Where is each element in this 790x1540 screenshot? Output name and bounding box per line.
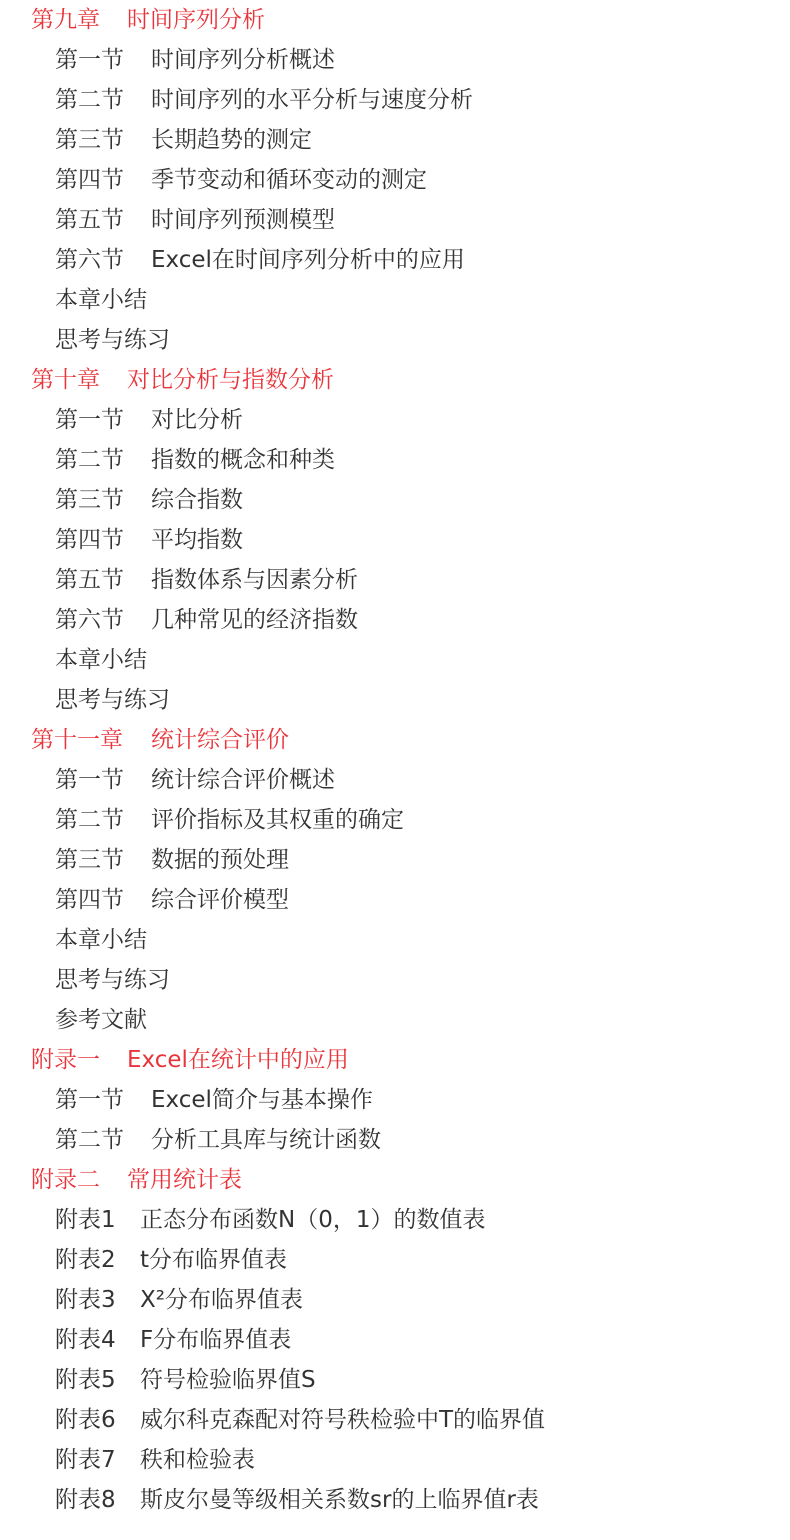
toc-section[interactable]: 第五节时间序列预测模型 xyxy=(0,200,790,240)
appendix-number: 附录一 xyxy=(31,1040,127,1080)
chapter-title: 时间序列分析 xyxy=(127,0,265,40)
toc-table-entry[interactable]: 附表4F分布临界值表 xyxy=(0,1320,790,1360)
section-number: 第二节 xyxy=(55,800,151,840)
table-title: 斯皮尔曼等级相关系数sr的上临界值r表 xyxy=(140,1480,539,1520)
table-title: 威尔科克森配对符号秩检验中T的临界值 xyxy=(140,1400,545,1440)
section-title: 时间序列的水平分析与速度分析 xyxy=(151,80,473,120)
toc-section[interactable]: 第二节评价指标及其权重的确定 xyxy=(0,800,790,840)
section-title: 本章小结 xyxy=(55,920,147,960)
table-title: 秩和检验表 xyxy=(140,1440,255,1480)
section-title: 统计综合评价概述 xyxy=(151,760,335,800)
appendix-number: 附录二 xyxy=(31,1160,127,1200)
section-title: 平均指数 xyxy=(151,520,243,560)
toc-section[interactable]: 第四节季节变动和循环变动的测定 xyxy=(0,160,790,200)
section-number: 第三节 xyxy=(55,840,151,880)
table-number: 附表4 xyxy=(55,1320,140,1360)
toc-summary[interactable]: 本章小结 xyxy=(0,920,790,960)
toc-section[interactable]: 第四节综合评价模型 xyxy=(0,880,790,920)
toc-exercises[interactable]: 思考与练习 xyxy=(0,320,790,360)
table-title: F分布临界值表 xyxy=(140,1320,291,1360)
section-title: 综合指数 xyxy=(151,480,243,520)
section-number: 第三节 xyxy=(55,120,151,160)
toc-section[interactable]: 第一节对比分析 xyxy=(0,400,790,440)
table-number: 附表1 xyxy=(55,1200,140,1240)
section-number: 第三节 xyxy=(55,480,151,520)
toc-summary[interactable]: 本章小结 xyxy=(0,640,790,680)
chapter-number: 第九章 xyxy=(31,0,127,40)
table-number: 附表2 xyxy=(55,1240,140,1280)
section-title: Excel简介与基本操作 xyxy=(151,1080,373,1120)
section-title: 季节变动和循环变动的测定 xyxy=(151,160,427,200)
table-number: 附表3 xyxy=(55,1280,140,1320)
toc-section[interactable]: 第一节Excel简介与基本操作 xyxy=(0,1080,790,1120)
section-number: 第六节 xyxy=(55,240,151,280)
section-number: 第一节 xyxy=(55,40,151,80)
toc-section[interactable]: 第六节Excel在时间序列分析中的应用 xyxy=(0,240,790,280)
section-title: 指数的概念和种类 xyxy=(151,440,335,480)
table-number: 附表7 xyxy=(55,1440,140,1480)
section-title: 时间序列预测模型 xyxy=(151,200,335,240)
toc-chapter-11[interactable]: 第十一章统计综合评价 xyxy=(0,720,790,760)
section-title: 思考与练习 xyxy=(55,320,170,360)
section-number: 第四节 xyxy=(55,520,151,560)
section-title: 分析工具库与统计函数 xyxy=(151,1120,381,1160)
toc-appendix-1[interactable]: 附录一Excel在统计中的应用 xyxy=(0,1040,790,1080)
section-number: 第一节 xyxy=(55,1080,151,1120)
toc-section[interactable]: 第五节指数体系与因素分析 xyxy=(0,560,790,600)
section-title: 几种常见的经济指数 xyxy=(151,600,358,640)
section-title: 时间序列分析概述 xyxy=(151,40,335,80)
toc-section[interactable]: 第三节综合指数 xyxy=(0,480,790,520)
section-number: 第一节 xyxy=(55,400,151,440)
appendix-title: 常用统计表 xyxy=(127,1160,242,1200)
section-number: 第四节 xyxy=(55,880,151,920)
table-title: 正态分布函数N（0，1）的数值表 xyxy=(140,1200,485,1240)
toc-section[interactable]: 第三节数据的预处理 xyxy=(0,840,790,880)
section-title: 数据的预处理 xyxy=(151,840,289,880)
toc-summary[interactable]: 本章小结 xyxy=(0,280,790,320)
appendix-title: Excel在统计中的应用 xyxy=(127,1040,349,1080)
section-title: 评价指标及其权重的确定 xyxy=(151,800,404,840)
toc-table-entry[interactable]: 附表5符号检验临界值S xyxy=(0,1360,790,1400)
toc-table-entry[interactable]: 附表8斯皮尔曼等级相关系数sr的上临界值r表 xyxy=(0,1480,790,1520)
toc-section[interactable]: 第二节指数的概念和种类 xyxy=(0,440,790,480)
toc-table-entry[interactable]: 附表7秩和检验表 xyxy=(0,1440,790,1480)
section-title: 对比分析 xyxy=(151,400,243,440)
toc-section[interactable]: 第三节长期趋势的测定 xyxy=(0,120,790,160)
toc-exercises[interactable]: 思考与练习 xyxy=(0,680,790,720)
section-number: 第二节 xyxy=(55,440,151,480)
chapter-title: 统计综合评价 xyxy=(151,720,289,760)
section-title: Excel在时间序列分析中的应用 xyxy=(151,240,465,280)
toc-section[interactable]: 第一节统计综合评价概述 xyxy=(0,760,790,800)
section-title: 综合评价模型 xyxy=(151,880,289,920)
section-number: 第一节 xyxy=(55,760,151,800)
toc-appendix-2[interactable]: 附录二常用统计表 xyxy=(0,1160,790,1200)
toc-table-entry[interactable]: 附表6威尔科克森配对符号秩检验中T的临界值 xyxy=(0,1400,790,1440)
toc-section[interactable]: 第六节几种常见的经济指数 xyxy=(0,600,790,640)
table-number: 附表8 xyxy=(55,1480,140,1520)
section-title: 长期趋势的测定 xyxy=(151,120,312,160)
table-title: t分布临界值表 xyxy=(140,1240,287,1280)
table-number: 附表6 xyxy=(55,1400,140,1440)
section-number: 第二节 xyxy=(55,1120,151,1160)
chapter-title: 对比分析与指数分析 xyxy=(127,360,334,400)
toc-section[interactable]: 第二节时间序列的水平分析与速度分析 xyxy=(0,80,790,120)
section-number: 第五节 xyxy=(55,200,151,240)
section-title: 指数体系与因素分析 xyxy=(151,560,358,600)
toc-exercises[interactable]: 思考与练习 xyxy=(0,960,790,1000)
section-title: 思考与练习 xyxy=(55,680,170,720)
toc-section[interactable]: 第二节分析工具库与统计函数 xyxy=(0,1120,790,1160)
toc-table-entry[interactable]: 附表1正态分布函数N（0，1）的数值表 xyxy=(0,1200,790,1240)
toc-references[interactable]: 参考文献 xyxy=(0,1000,790,1040)
section-number: 第五节 xyxy=(55,560,151,600)
toc-table-entry[interactable]: 附表2t分布临界值表 xyxy=(0,1240,790,1280)
table-number: 附表5 xyxy=(55,1360,140,1400)
toc-chapter-9[interactable]: 第九章时间序列分析 xyxy=(0,0,790,40)
section-title: 本章小结 xyxy=(55,640,147,680)
chapter-number: 第十一章 xyxy=(31,720,151,760)
toc-section[interactable]: 第一节时间序列分析概述 xyxy=(0,40,790,80)
chapter-number: 第十章 xyxy=(31,360,127,400)
table-of-contents: 第九章时间序列分析 第一节时间序列分析概述 第二节时间序列的水平分析与速度分析 … xyxy=(0,0,790,1520)
table-title: X²分布临界值表 xyxy=(140,1280,303,1320)
table-title: 符号检验临界值S xyxy=(140,1360,316,1400)
toc-section[interactable]: 第四节平均指数 xyxy=(0,520,790,560)
section-number: 第四节 xyxy=(55,160,151,200)
section-title: 本章小结 xyxy=(55,280,147,320)
toc-chapter-10[interactable]: 第十章对比分析与指数分析 xyxy=(0,360,790,400)
section-title: 参考文献 xyxy=(55,1000,147,1040)
section-number: 第二节 xyxy=(55,80,151,120)
toc-table-entry[interactable]: 附表3X²分布临界值表 xyxy=(0,1280,790,1320)
section-number: 第六节 xyxy=(55,600,151,640)
section-title: 思考与练习 xyxy=(55,960,170,1000)
